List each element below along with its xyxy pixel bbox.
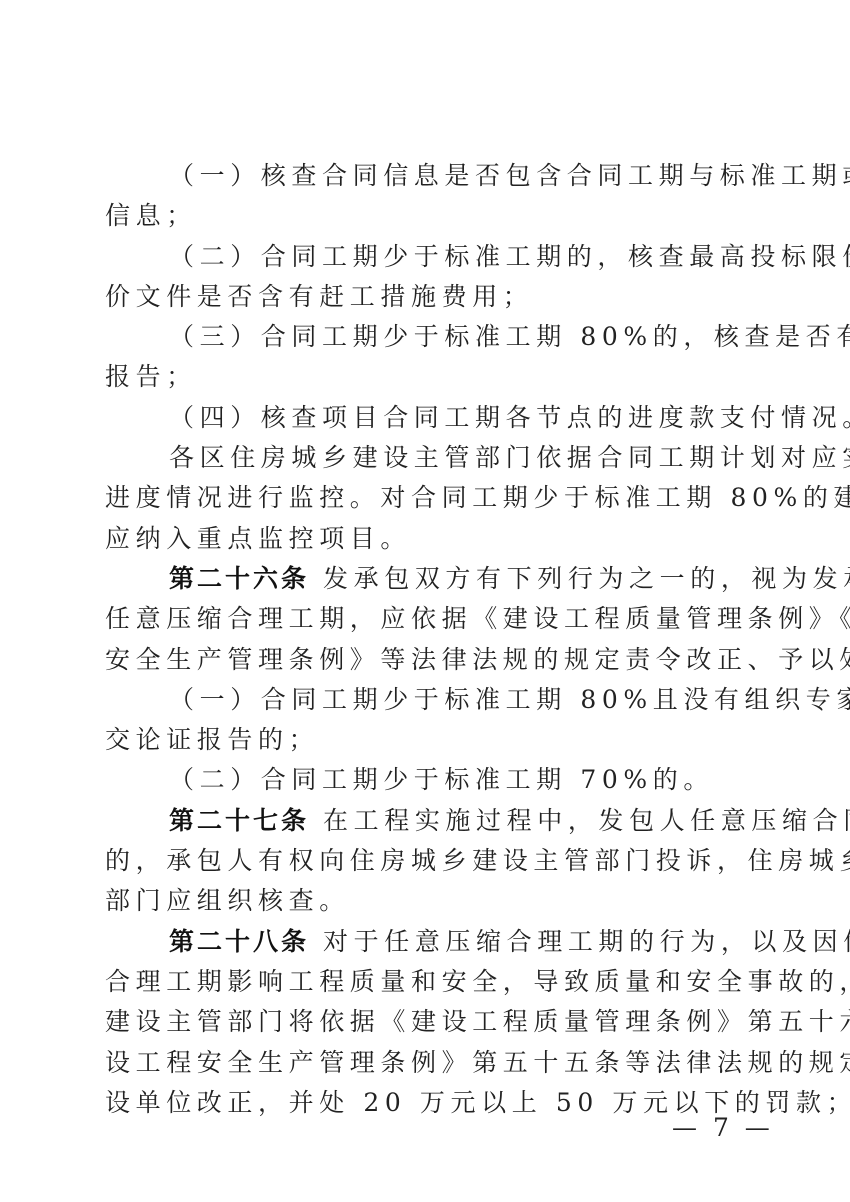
line-text: （三）合同工期少于标准工期 80%的，核查是否有经专家论证 bbox=[169, 322, 850, 351]
text-line: 信息； bbox=[105, 196, 747, 236]
text-line: 设单位改正，并处 20 万元以上 50 万元以下的罚款；造成重大安全 bbox=[105, 1083, 747, 1123]
article-heading: 第二十七条 bbox=[169, 806, 309, 835]
line-text: 各区住房城乡建设主管部门依据合同工期计划对应实际施工 bbox=[169, 443, 850, 472]
text-line: （二）合同工期少于标准工期 70%的。 bbox=[105, 760, 747, 800]
line-text: （二）合同工期少于标准工期 70%的。 bbox=[169, 765, 714, 794]
text-line: （二）合同工期少于标准工期的，核查最高投标限价和合同造 bbox=[105, 237, 747, 277]
line-text: 合理工期影响工程质量和安全，导致质量和安全事故的，住房城乡 bbox=[105, 967, 850, 996]
line-text: 对于任意压缩合理工期的行为，以及因任意压缩 bbox=[323, 927, 850, 956]
line-text: （一）合同工期少于标准工期 80%且没有组织专家论证并提 bbox=[169, 685, 850, 714]
text-line: 价文件是否含有赶工措施费用； bbox=[105, 277, 747, 317]
article-heading: 第二十八条 bbox=[169, 927, 309, 956]
line-text: 安全生产管理条例》等法律法规的规定责令改正、予以处罚： bbox=[105, 645, 850, 674]
document-body: （一）核查合同信息是否包含合同工期与标准工期或招标工期信息；（二）合同工期少于标… bbox=[105, 156, 747, 1123]
line-text: 建设主管部门将依据《建设工程质量管理条例》第五十六条、《建 bbox=[105, 1007, 850, 1036]
text-line: （一）合同工期少于标准工期 80%且没有组织专家论证并提 bbox=[105, 680, 747, 720]
document-page: （一）核查合同信息是否包含合同工期与标准工期或招标工期信息；（二）合同工期少于标… bbox=[0, 0, 850, 1202]
article-line: 第二十六条发承包双方有下列行为之一的，视为发承包双方 bbox=[105, 559, 747, 599]
text-line: （三）合同工期少于标准工期 80%的，核查是否有经专家论证 bbox=[105, 317, 747, 357]
text-line: 设工程安全生产管理条例》第五十五条等法律法规的规定，责令建 bbox=[105, 1043, 747, 1083]
page-number: — 7 — bbox=[672, 1113, 774, 1142]
text-line: 的，承包人有权向住房城乡建设主管部门投诉，住房城乡建设主管 bbox=[105, 841, 747, 881]
line-text: 进度情况进行监控。对合同工期少于标准工期 80%的建设工程项目 bbox=[105, 483, 850, 512]
article-line: 第二十七条在工程实施过程中，发包人任意压缩合同工期 bbox=[105, 801, 747, 841]
line-text: 价文件是否含有赶工措施费用； bbox=[105, 282, 533, 311]
text-line: 应纳入重点监控项目。 bbox=[105, 519, 747, 559]
line-text: 应纳入重点监控项目。 bbox=[105, 524, 411, 553]
line-text: 信息； bbox=[105, 201, 197, 230]
line-text: （二）合同工期少于标准工期的，核查最高投标限价和合同造 bbox=[169, 242, 850, 271]
line-text: 交论证报告的； bbox=[105, 725, 319, 754]
text-line: 建设主管部门将依据《建设工程质量管理条例》第五十六条、《建 bbox=[105, 1002, 747, 1042]
text-line: 各区住房城乡建设主管部门依据合同工期计划对应实际施工 bbox=[105, 438, 747, 478]
text-line: （四）核查项目合同工期各节点的进度款支付情况。 bbox=[105, 398, 747, 438]
line-text: 发承包双方有下列行为之一的，视为发承包双方 bbox=[323, 564, 850, 593]
text-line: （一）核查合同信息是否包含合同工期与标准工期或招标工期 bbox=[105, 156, 747, 196]
article-line: 第二十八条对于任意压缩合理工期的行为，以及因任意压缩 bbox=[105, 922, 747, 962]
article-heading: 第二十六条 bbox=[169, 564, 309, 593]
line-text: （四）核查项目合同工期各节点的进度款支付情况。 bbox=[169, 403, 850, 432]
line-text: 设工程安全生产管理条例》第五十五条等法律法规的规定，责令建 bbox=[105, 1048, 850, 1077]
line-text: 在工程实施过程中，发包人任意压缩合同工期 bbox=[323, 806, 850, 835]
line-text: 报告； bbox=[105, 362, 197, 391]
text-line: 任意压缩合理工期，应依据《建设工程质量管理条例》《建设工程 bbox=[105, 599, 747, 639]
text-line: 交论证报告的； bbox=[105, 720, 747, 760]
text-line: 合理工期影响工程质量和安全，导致质量和安全事故的，住房城乡 bbox=[105, 962, 747, 1002]
text-line: 报告； bbox=[105, 357, 747, 397]
text-line: 安全生产管理条例》等法律法规的规定责令改正、予以处罚： bbox=[105, 640, 747, 680]
text-line: 进度情况进行监控。对合同工期少于标准工期 80%的建设工程项目 bbox=[105, 478, 747, 518]
line-text: （一）核查合同信息是否包含合同工期与标准工期或招标工期 bbox=[169, 161, 850, 190]
line-text: 任意压缩合理工期，应依据《建设工程质量管理条例》《建设工程 bbox=[105, 604, 850, 633]
line-text: 部门应组织核查。 bbox=[105, 886, 350, 915]
text-line: 部门应组织核查。 bbox=[105, 881, 747, 921]
line-text: 的，承包人有权向住房城乡建设主管部门投诉，住房城乡建设主管 bbox=[105, 846, 850, 875]
